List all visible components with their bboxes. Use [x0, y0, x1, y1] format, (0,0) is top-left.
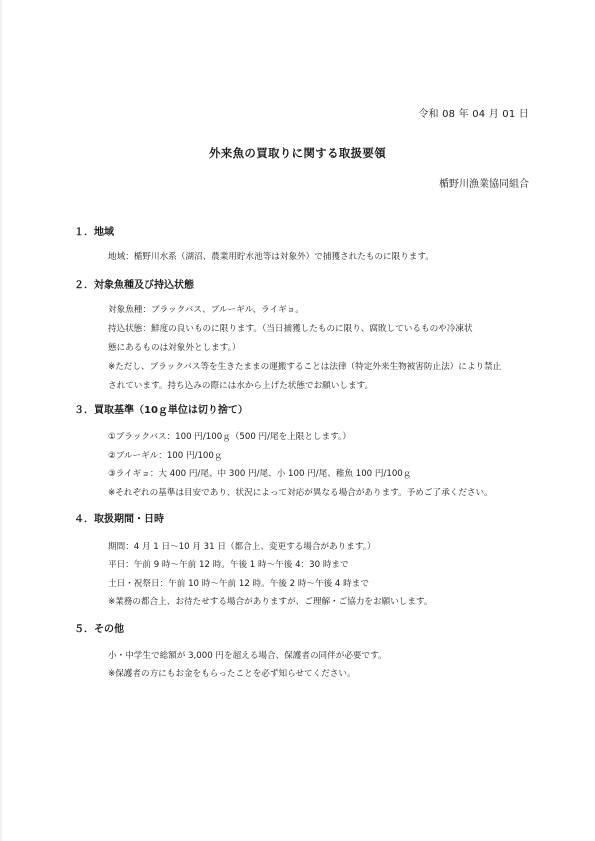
section-1-line: 地域：楯野川水系（湖沼、農業用貯水池等は対象外）で捕獲されたものに限ります。 [108, 253, 434, 262]
section-2-line: されています。持ち込みの際には水から上げた状態でお願いします。 [108, 382, 373, 391]
section-2-line: ※ただし、ブラックバス等を生きたままの運搬することは法律（特定外来生物被害防止法… [108, 363, 501, 372]
section-1-heading: １．地域 [74, 228, 114, 238]
section-5-line: ※保護者の方にもお金をもらったことを必ず知らせてください。 [108, 670, 356, 679]
section-4-line: 期間：4 月 1 日～10 月 31 日（都合上、変更する場合があります。） [108, 543, 376, 552]
document-date: 令和 08 年 04 月 01 日 [418, 110, 529, 120]
section-4-heading: ４．取扱期間・日時 [74, 515, 164, 525]
section-4-line: 平日：午前 9 時～午前 12 時。午後 1 時～午後 4：30 時まで [108, 561, 349, 570]
section-3-heading: ３．買取基準（10ｇ単位は切り捨て） [74, 406, 248, 416]
section-3-line: ②ブルーギル：100 円/100ｇ [108, 452, 222, 461]
section-5-heading: ５．その他 [74, 625, 124, 635]
section-4-line: 土日・祝祭日：午前 10 時～午前 12 時。午後 2 時～午後 4 時まで [108, 580, 369, 589]
section-5-line: 小・中学生で総額が 3,000 円を超える場合、保護者の同伴が必要です。 [108, 652, 387, 661]
section-2-heading: ２．対象魚種及び持込状態 [74, 281, 194, 291]
section-4-line: ※業務の都合上、お待たせする場合がありますが、ご理解・ご協力をお願いします。 [108, 598, 432, 607]
scan-edge-shadow [0, 0, 3, 841]
section-2-line: 持込状態：鮮度の良いものに限ります。（当日捕獲したものに限り、腐敗しているものや… [108, 325, 473, 334]
section-3-line: ①ブラックバス：100 円/100ｇ（500 円/尾を上限とします。） [108, 433, 351, 442]
section-3-line: ③ライギョ：大 400 円/尾、中 300 円/尾、小 100 円/尾、稚魚 1… [108, 470, 411, 479]
organization-name: 楯野川漁業協同組合 [439, 180, 529, 190]
section-2-line: 態にあるものは対象外とします。） [108, 344, 241, 353]
section-3-line: ※それぞれの基準は目安であり、状況によって対応が異なる場合があります。予めご了承… [108, 489, 493, 498]
document-title: 外来魚の買取りに関する取扱要領 [0, 148, 595, 160]
section-2-line: 対象魚種：ブラックバス、ブルーギル、ライギョ。 [108, 306, 304, 315]
